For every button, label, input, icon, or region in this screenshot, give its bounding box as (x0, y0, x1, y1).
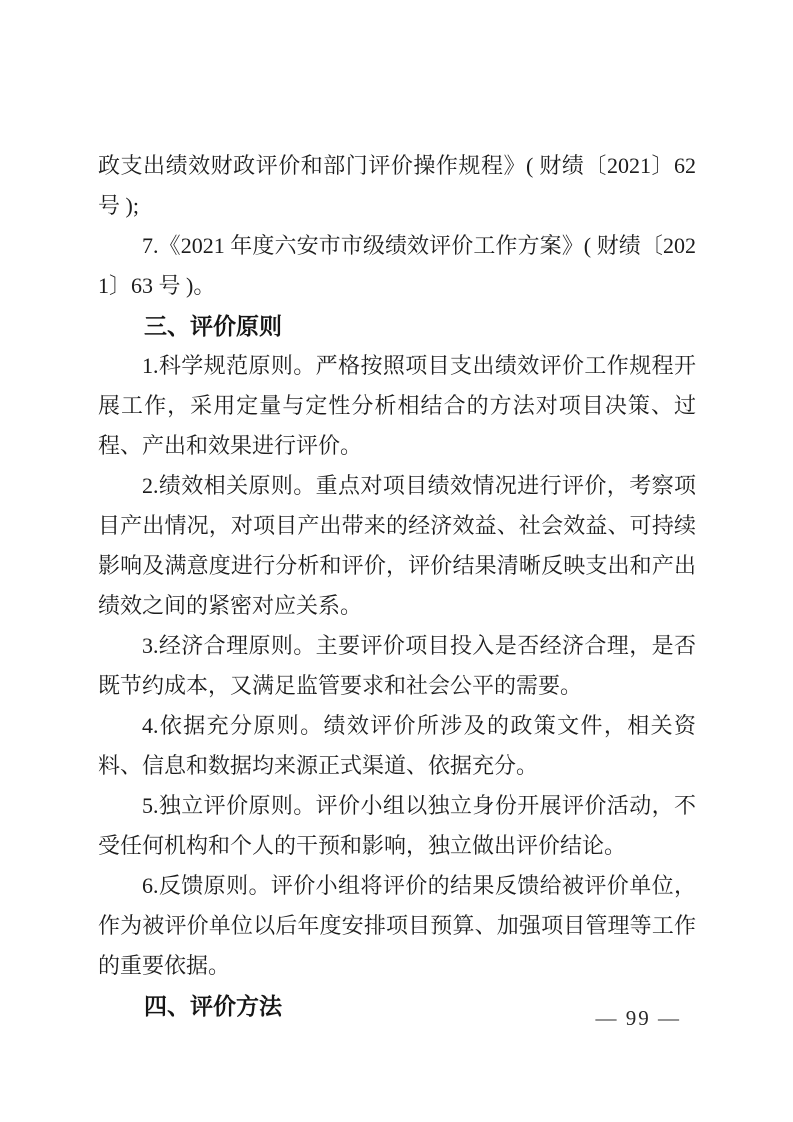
paragraph-principle-1-scientific-standard: 1.科学规范原则。严格按照项目支出绩效评价工作规程开展工作，采用定量与定性分析相… (98, 346, 696, 466)
paragraph-principle-3-economic-reasonable: 3.经济合理原则。主要评价项目投入是否经济合理，是否既节约成本，又满足监管要求和… (98, 626, 696, 706)
paragraph-principle-6-feedback: 6.反馈原则。评价小组将评价的结果反馈给被评价单位，作为被评价单位以后年度安排项… (98, 866, 696, 986)
paragraph-principle-5-independent-evaluation: 5.独立评价原则。评价小组以独立身份开展评价活动，不受任何机构和个人的干预和影响… (98, 786, 696, 866)
document-page: 政支出绩效财政评价和部门评价操作规程》( 财绩〔2021〕62 号 ); 7.《… (0, 0, 793, 1122)
paragraph-continuation-regulation-citation: 政支出绩效财政评价和部门评价操作规程》( 财绩〔2021〕62 号 ); (98, 146, 696, 226)
section-heading-evaluation-principles: 三、评价原则 (98, 306, 696, 346)
paragraph-principle-4-sufficient-basis: 4.依据充分原则。绩效评价所涉及的政策文件，相关资料、信息和数据均来源正式渠道、… (98, 706, 696, 786)
page-number: — 99 — (596, 1003, 682, 1033)
paragraph-principle-2-performance-related: 2.绩效相关原则。重点对项目绩效情况进行评价，考察项目产出情况，对项目产出带来的… (98, 466, 696, 626)
paragraph-list-item-7: 7.《2021 年度六安市市级绩效评价工作方案》( 财绩〔2021〕63 号 )… (98, 226, 696, 306)
document-body: 政支出绩效财政评价和部门评价操作规程》( 财绩〔2021〕62 号 ); 7.《… (98, 146, 696, 1026)
